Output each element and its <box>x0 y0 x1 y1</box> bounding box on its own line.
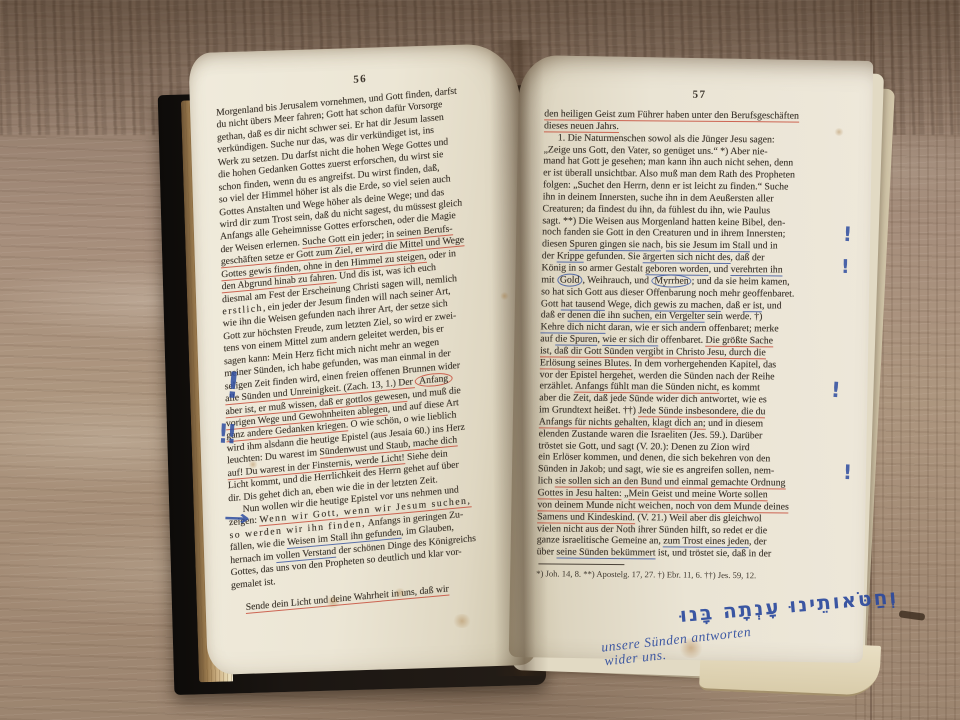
text-run: Sünden in Jakob; und sagt, wie sie es an… <box>538 464 774 477</box>
underlined-text: verehrten ihn <box>731 264 783 276</box>
text-run: der <box>542 251 557 262</box>
margin-mark-arrow-icon: → <box>223 508 250 530</box>
text-run: (V. 21.) Weil aber dis gleichwol <box>635 512 762 524</box>
margin-mark-double-exclamation: !! <box>217 422 235 449</box>
text-run: im Grundtext heißet. ††) <box>539 404 639 416</box>
underlined-text: Krippe <box>557 251 584 263</box>
text-run: tröstet sie Gott, und sagt (V. 20.): Den… <box>538 440 749 453</box>
text-run: ; und da sie heim kamen, <box>692 276 790 288</box>
underlined-text: Erlösung seines Blutes. <box>540 357 632 370</box>
text-run: ihn in deinem Innersten, suche ihn in de… <box>543 191 774 204</box>
underlined-text: ärgerten sich nicht des <box>643 251 731 264</box>
text-run: offenbaret. <box>658 334 706 345</box>
text-run: gefunden. Sie <box>584 251 643 263</box>
text-run: , <box>661 240 666 251</box>
underlined-text: Gold <box>557 273 583 286</box>
text-run: elenden Zustande waren die Israeliten (J… <box>539 428 763 441</box>
text-run: mit <box>541 274 557 285</box>
right-page-content: 57 den heiligen Geist zum Führer haben u… <box>535 87 855 644</box>
underlined-text: er ist <box>743 300 763 312</box>
underlined-text: Gottes in Jesu halten: <box>538 487 622 500</box>
text-run: so hat sich Gott aus dieser Offenbarung … <box>541 286 794 299</box>
text-run: , und <box>709 264 731 275</box>
text-run: und in diesem <box>706 418 764 429</box>
text-run: In dem vorhergehenden Kapitel, das <box>632 358 777 370</box>
margin-mark-exclamation: ! <box>830 380 841 402</box>
text-run: vielen nicht aus der Noth ihrer Sünden h… <box>537 523 767 536</box>
underlined-text: Samens und Kindeskind. <box>537 511 635 524</box>
underlined-text: Kehre dich nicht <box>540 322 606 335</box>
text-run: daran, wie er sich andern offenbaret; me… <box>606 322 779 335</box>
text-run: Creaturen; da findest du ihn, da fühlest… <box>543 203 771 216</box>
text-run: aber die Zeit, daß jede Sünde wider dich… <box>539 393 767 406</box>
text-run: Wege, <box>605 298 634 309</box>
text-run: König in so armer Gestalt <box>541 262 645 274</box>
text-run: lich <box>538 476 555 487</box>
left-page: 56 Morgenland bis Jerusalem vornehmen, u… <box>188 43 537 675</box>
photo-of-open-book: { "colors":{"red_ink":"#c64836","blue_in… <box>0 0 960 720</box>
text-line: über seine Sünden bekümmert ist, und trö… <box>536 547 846 562</box>
underlined-text: Myrrhen <box>651 274 692 287</box>
underlined-text: dieses neuen Jahrs. <box>544 120 619 133</box>
text-run: über <box>537 547 557 558</box>
text-run: sein werde. †) <box>705 311 763 323</box>
text-run: ganze israelitische Gemeine an, <box>537 535 664 547</box>
text-run: , Weihrauch, und <box>582 275 651 287</box>
underlined-text: hat tausend <box>561 298 606 310</box>
underlined-text: bis sie Jesum im Stall <box>665 240 750 253</box>
text-run: daß er <box>541 310 568 321</box>
right-text-block: den heiligen Geist zum Führer haben unte… <box>536 108 854 561</box>
underlined-text: wie er sich dir <box>602 334 658 346</box>
right-page: 57 den heiligen Geist zum Führer haben u… <box>509 55 873 663</box>
underlined-text: die Spuren <box>555 334 597 346</box>
footnote-text: *) Joh. 14, 8. **) Apostelg. 17, 27. †) … <box>536 568 846 581</box>
text-run: folgen: „Suchet den Herrn, denn er ist l… <box>543 179 789 192</box>
left-page-content: 56 Morgenland bis Jerusalem vornehmen, u… <box>215 60 522 658</box>
text-run: , daß der <box>730 252 764 263</box>
margin-mark-exclamation: ! <box>842 224 852 244</box>
text-run: 1. Die Naturmenschen sowol als die Jünge… <box>558 132 775 145</box>
text-run: diesen <box>542 239 570 250</box>
text-run: erzählet. <box>539 381 575 392</box>
left-text-block: Morgenland bis Jerusalem vornehmen, und … <box>216 81 521 616</box>
text-run: , der <box>749 537 767 548</box>
underlined-text: seine Sünden bekümmert <box>556 547 655 560</box>
margin-mark-exclamation: ! <box>843 462 853 482</box>
text-run: oder in <box>426 248 456 262</box>
text-run: , und <box>762 300 782 311</box>
margin-mark-exclamation: ! <box>841 258 850 277</box>
text-run: und in <box>750 240 777 251</box>
text-run: auf <box>540 333 555 344</box>
page-number: 57 <box>545 87 855 102</box>
text-run: ist, und tröstet sie, daß in der <box>655 548 771 560</box>
text-run: es kommt <box>719 382 760 393</box>
text-run: „Zeige uns Gott, den Vater, so genüget u… <box>544 144 768 157</box>
footnote-rule <box>538 563 624 565</box>
text-run: Gott <box>541 298 561 309</box>
underlined-text: Die größte Sache <box>705 335 773 348</box>
text-run: , daß <box>721 299 743 310</box>
text-run: noch fanden sie Gott in den Creaturen un… <box>542 227 785 240</box>
